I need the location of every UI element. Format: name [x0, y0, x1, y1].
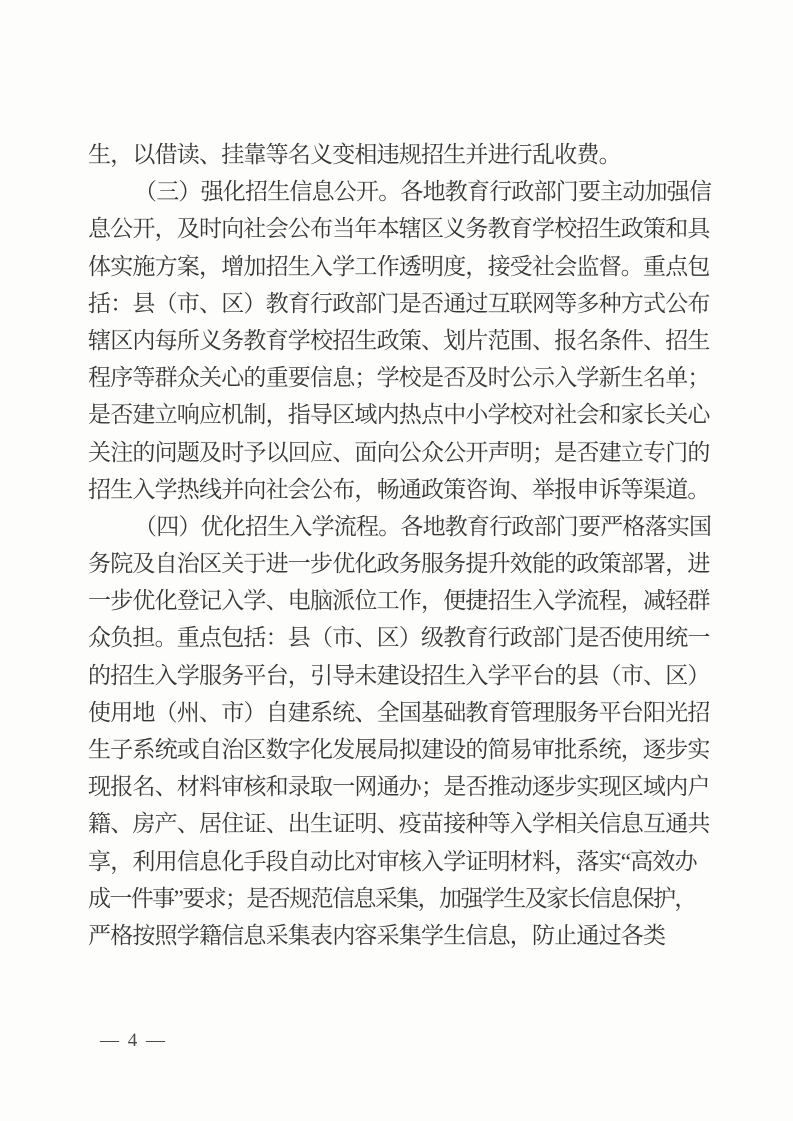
text-line: 使用地（州、市）自建系统、全国基础教育管理服务平台阳光招 — [88, 694, 712, 731]
text-line: 括：县（市、区）教育行政部门是否通过互联网等多种方式公布 — [88, 285, 712, 322]
text-line: 一步优化登记入学、电脑派位工作，便捷招生入学流程，减轻群 — [88, 582, 712, 619]
text-line: 务院及自治区关于进一步优化政务服务提升效能的政策部署，进 — [88, 545, 712, 582]
text-line: 成一件事”要求；是否规范信息采集，加强学生及家长信息保护， — [88, 880, 712, 917]
text-line: 程序等群众关心的重要信息；学校是否及时公示入学新生名单； — [88, 359, 712, 396]
text-line: 众负担。重点包括：县（市、区）级教育行政部门是否使用统一 — [88, 619, 712, 656]
text-line: 是否建立响应机制，指导区域内热点中小学校对社会和家长关心 — [88, 396, 712, 433]
text-line: 体实施方案，增加招生入学工作透明度，接受社会监督。重点包 — [88, 248, 712, 285]
document-body-text: 生，以借读、挂靠等名义变相违规招生并进行乱收费。 （三）强化招生信息公开。各地教… — [88, 136, 712, 954]
text-line: 生，以借读、挂靠等名义变相违规招生并进行乱收费。 — [88, 136, 712, 173]
text-line: 享，利用信息化手段自动比对审核入学证明材料，落实“高效办 — [88, 843, 712, 880]
text-line: 招生入学热线并向社会公布，畅通政策咨询、举报申诉等渠道。 — [88, 471, 712, 508]
text-line: 严格按照学籍信息采集表内容采集学生信息，防止通过各类 — [88, 917, 712, 954]
text-line: 的招生入学服务平台，引导未建设招生入学平台的县（市、区） — [88, 657, 712, 694]
text-line: 现报名、材料审核和录取一网通办；是否推动逐步实现区域内户 — [88, 768, 712, 805]
text-line: 息公开，及时向社会公布当年本辖区义务教育学校招生政策和具 — [88, 210, 712, 247]
text-line-section-3-heading: （三）强化招生信息公开。各地教育行政部门要主动加强信 — [88, 173, 712, 210]
text-line-section-4-heading: （四）优化招生入学流程。各地教育行政部门要严格落实国 — [88, 508, 712, 545]
text-line: 籍、房产、居住证、出生证明、疫苗接种等入学相关信息互通共 — [88, 805, 712, 842]
text-line: 生子系统或自治区数字化发展局拟建设的简易审批系统，逐步实 — [88, 731, 712, 768]
document-page: 生，以借读、挂靠等名义变相违规招生并进行乱收费。 （三）强化招生信息公开。各地教… — [0, 0, 793, 1121]
text-line: 辖区内每所义务教育学校招生政策、划片范围、报名条件、招生 — [88, 322, 712, 359]
text-line: 关注的问题及时予以回应、面向公众公开声明；是否建立专门的 — [88, 434, 712, 471]
page-number: — 4 — — [100, 1031, 167, 1051]
